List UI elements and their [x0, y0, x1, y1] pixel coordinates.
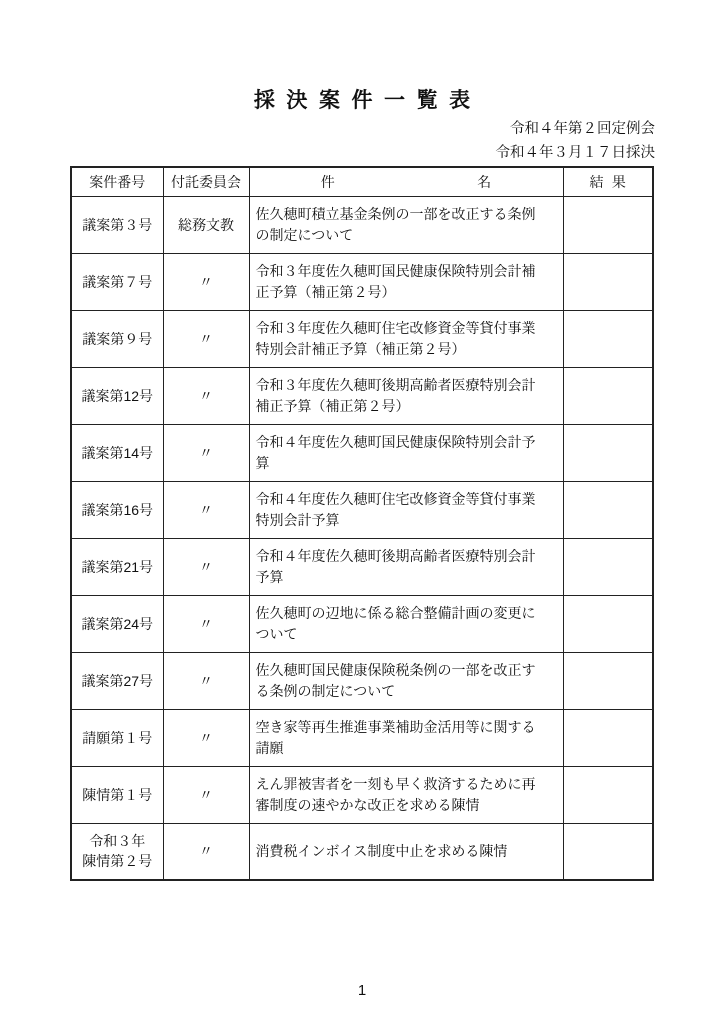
- table-row: 議案第27号 〃 佐久穂町国民健康保険税条例の一部を改正する条例の制定について: [71, 652, 653, 709]
- table-row: 請願第１号 〃 空き家等再生推進事業補助金活用等に関する請願: [71, 709, 653, 766]
- table-row: 議案第16号 〃 令和４年度佐久穂町住宅改修資金等貸付事業特別会計予算: [71, 481, 653, 538]
- item-name-cell: 令和３年度佐久穂町国民健康保険特別会計補正予算（補正第２号）: [249, 253, 563, 310]
- table-row: 議案第９号 〃 令和３年度佐久穂町住宅改修資金等貸付事業特別会計補正予算（補正第…: [71, 310, 653, 367]
- result-cell: [563, 538, 653, 595]
- committee-cell: 〃: [163, 709, 249, 766]
- header-case-number: 案件番号: [71, 167, 163, 196]
- document-meta: 令和４年第２回定例会 令和４年３月１７日採決: [496, 117, 656, 165]
- table-row: 議案第３号 総務文教 佐久穂町積立基金条例の一部を改正する条例の制定について: [71, 196, 653, 253]
- result-cell: [563, 652, 653, 709]
- header-item-name-part-left: 件: [321, 172, 335, 192]
- table-row: 議案第12号 〃 令和３年度佐久穂町後期高齢者医療特別会計補正予算（補正第２号）: [71, 367, 653, 424]
- table-body: 議案第３号 総務文教 佐久穂町積立基金条例の一部を改正する条例の制定について 議…: [71, 196, 653, 880]
- item-name-cell: 令和４年度佐久穂町後期高齢者医療特別会計予算: [249, 538, 563, 595]
- committee-cell: 総務文教: [163, 196, 249, 253]
- committee-cell: 〃: [163, 652, 249, 709]
- table-row: 陳情第１号 〃 えん罪被害者を一刻も早く救済するために再審制度の速やかな改正を求…: [71, 766, 653, 823]
- result-cell: [563, 766, 653, 823]
- committee-cell: 〃: [163, 538, 249, 595]
- item-name-cell: 消費税インボイス制度中止を求める陳情: [249, 823, 563, 880]
- committee-cell: 〃: [163, 595, 249, 652]
- case-number-cell: 請願第１号: [71, 709, 163, 766]
- table-header-row: 案件番号 付託委員会 件 名 結果: [71, 167, 653, 196]
- result-cell: [563, 823, 653, 880]
- case-number-cell: 令和３年 陳情第２号: [71, 823, 163, 880]
- committee-cell: 〃: [163, 253, 249, 310]
- vote-date-label: 令和４年３月１７日採決: [496, 141, 656, 165]
- case-number-cell: 議案第７号: [71, 253, 163, 310]
- result-cell: [563, 424, 653, 481]
- case-number-cell: 議案第３号: [71, 196, 163, 253]
- case-number-cell: 議案第21号: [71, 538, 163, 595]
- case-number-cell: 議案第９号: [71, 310, 163, 367]
- item-name-cell: 令和４年度佐久穂町国民健康保険特別会計予算: [249, 424, 563, 481]
- result-cell: [563, 310, 653, 367]
- item-name-cell: えん罪被害者を一刻も早く救済するために再審制度の速やかな改正を求める陳情: [249, 766, 563, 823]
- table-row: 議案第７号 〃 令和３年度佐久穂町国民健康保険特別会計補正予算（補正第２号）: [71, 253, 653, 310]
- header-item-name-part-right: 名: [477, 172, 491, 192]
- session-label: 令和４年第２回定例会: [496, 117, 656, 141]
- document-title: 採決案件一覧表: [0, 84, 724, 114]
- case-number-cell: 議案第12号: [71, 367, 163, 424]
- vote-results-table: 案件番号 付託委員会 件 名 結果 議案第３号 総務文教 佐久穂町積立基金条例の…: [70, 166, 654, 881]
- committee-cell: 〃: [163, 424, 249, 481]
- item-name-cell: 佐久穂町の辺地に係る総合整備計画の変更について: [249, 595, 563, 652]
- committee-cell: 〃: [163, 766, 249, 823]
- result-cell: [563, 367, 653, 424]
- case-number-cell: 陳情第１号: [71, 766, 163, 823]
- result-cell: [563, 253, 653, 310]
- table-row: 議案第21号 〃 令和４年度佐久穂町後期高齢者医療特別会計予算: [71, 538, 653, 595]
- result-cell: [563, 196, 653, 253]
- case-number-cell: 議案第16号: [71, 481, 163, 538]
- table-row: 令和３年 陳情第２号 〃 消費税インボイス制度中止を求める陳情: [71, 823, 653, 880]
- result-cell: [563, 595, 653, 652]
- committee-cell: 〃: [163, 823, 249, 880]
- table-row: 議案第14号 〃 令和４年度佐久穂町国民健康保険特別会計予算: [71, 424, 653, 481]
- case-number-cell: 議案第27号: [71, 652, 163, 709]
- item-name-cell: 令和３年度佐久穂町後期高齢者医療特別会計補正予算（補正第２号）: [249, 367, 563, 424]
- result-cell: [563, 709, 653, 766]
- committee-cell: 〃: [163, 367, 249, 424]
- table-row: 議案第24号 〃 佐久穂町の辺地に係る総合整備計画の変更について: [71, 595, 653, 652]
- header-committee: 付託委員会: [163, 167, 249, 196]
- item-name-cell: 佐久穂町積立基金条例の一部を改正する条例の制定について: [249, 196, 563, 253]
- case-number-cell: 議案第24号: [71, 595, 163, 652]
- page-number: 1: [0, 982, 724, 999]
- header-result: 結果: [563, 167, 653, 196]
- item-name-cell: 令和３年度佐久穂町住宅改修資金等貸付事業特別会計補正予算（補正第２号）: [249, 310, 563, 367]
- committee-cell: 〃: [163, 310, 249, 367]
- item-name-cell: 佐久穂町国民健康保険税条例の一部を改正する条例の制定について: [249, 652, 563, 709]
- item-name-cell: 空き家等再生推進事業補助金活用等に関する請願: [249, 709, 563, 766]
- result-cell: [563, 481, 653, 538]
- committee-cell: 〃: [163, 481, 249, 538]
- header-item-name: 件 名: [249, 167, 563, 196]
- item-name-cell: 令和４年度佐久穂町住宅改修資金等貸付事業特別会計予算: [249, 481, 563, 538]
- case-number-cell: 議案第14号: [71, 424, 163, 481]
